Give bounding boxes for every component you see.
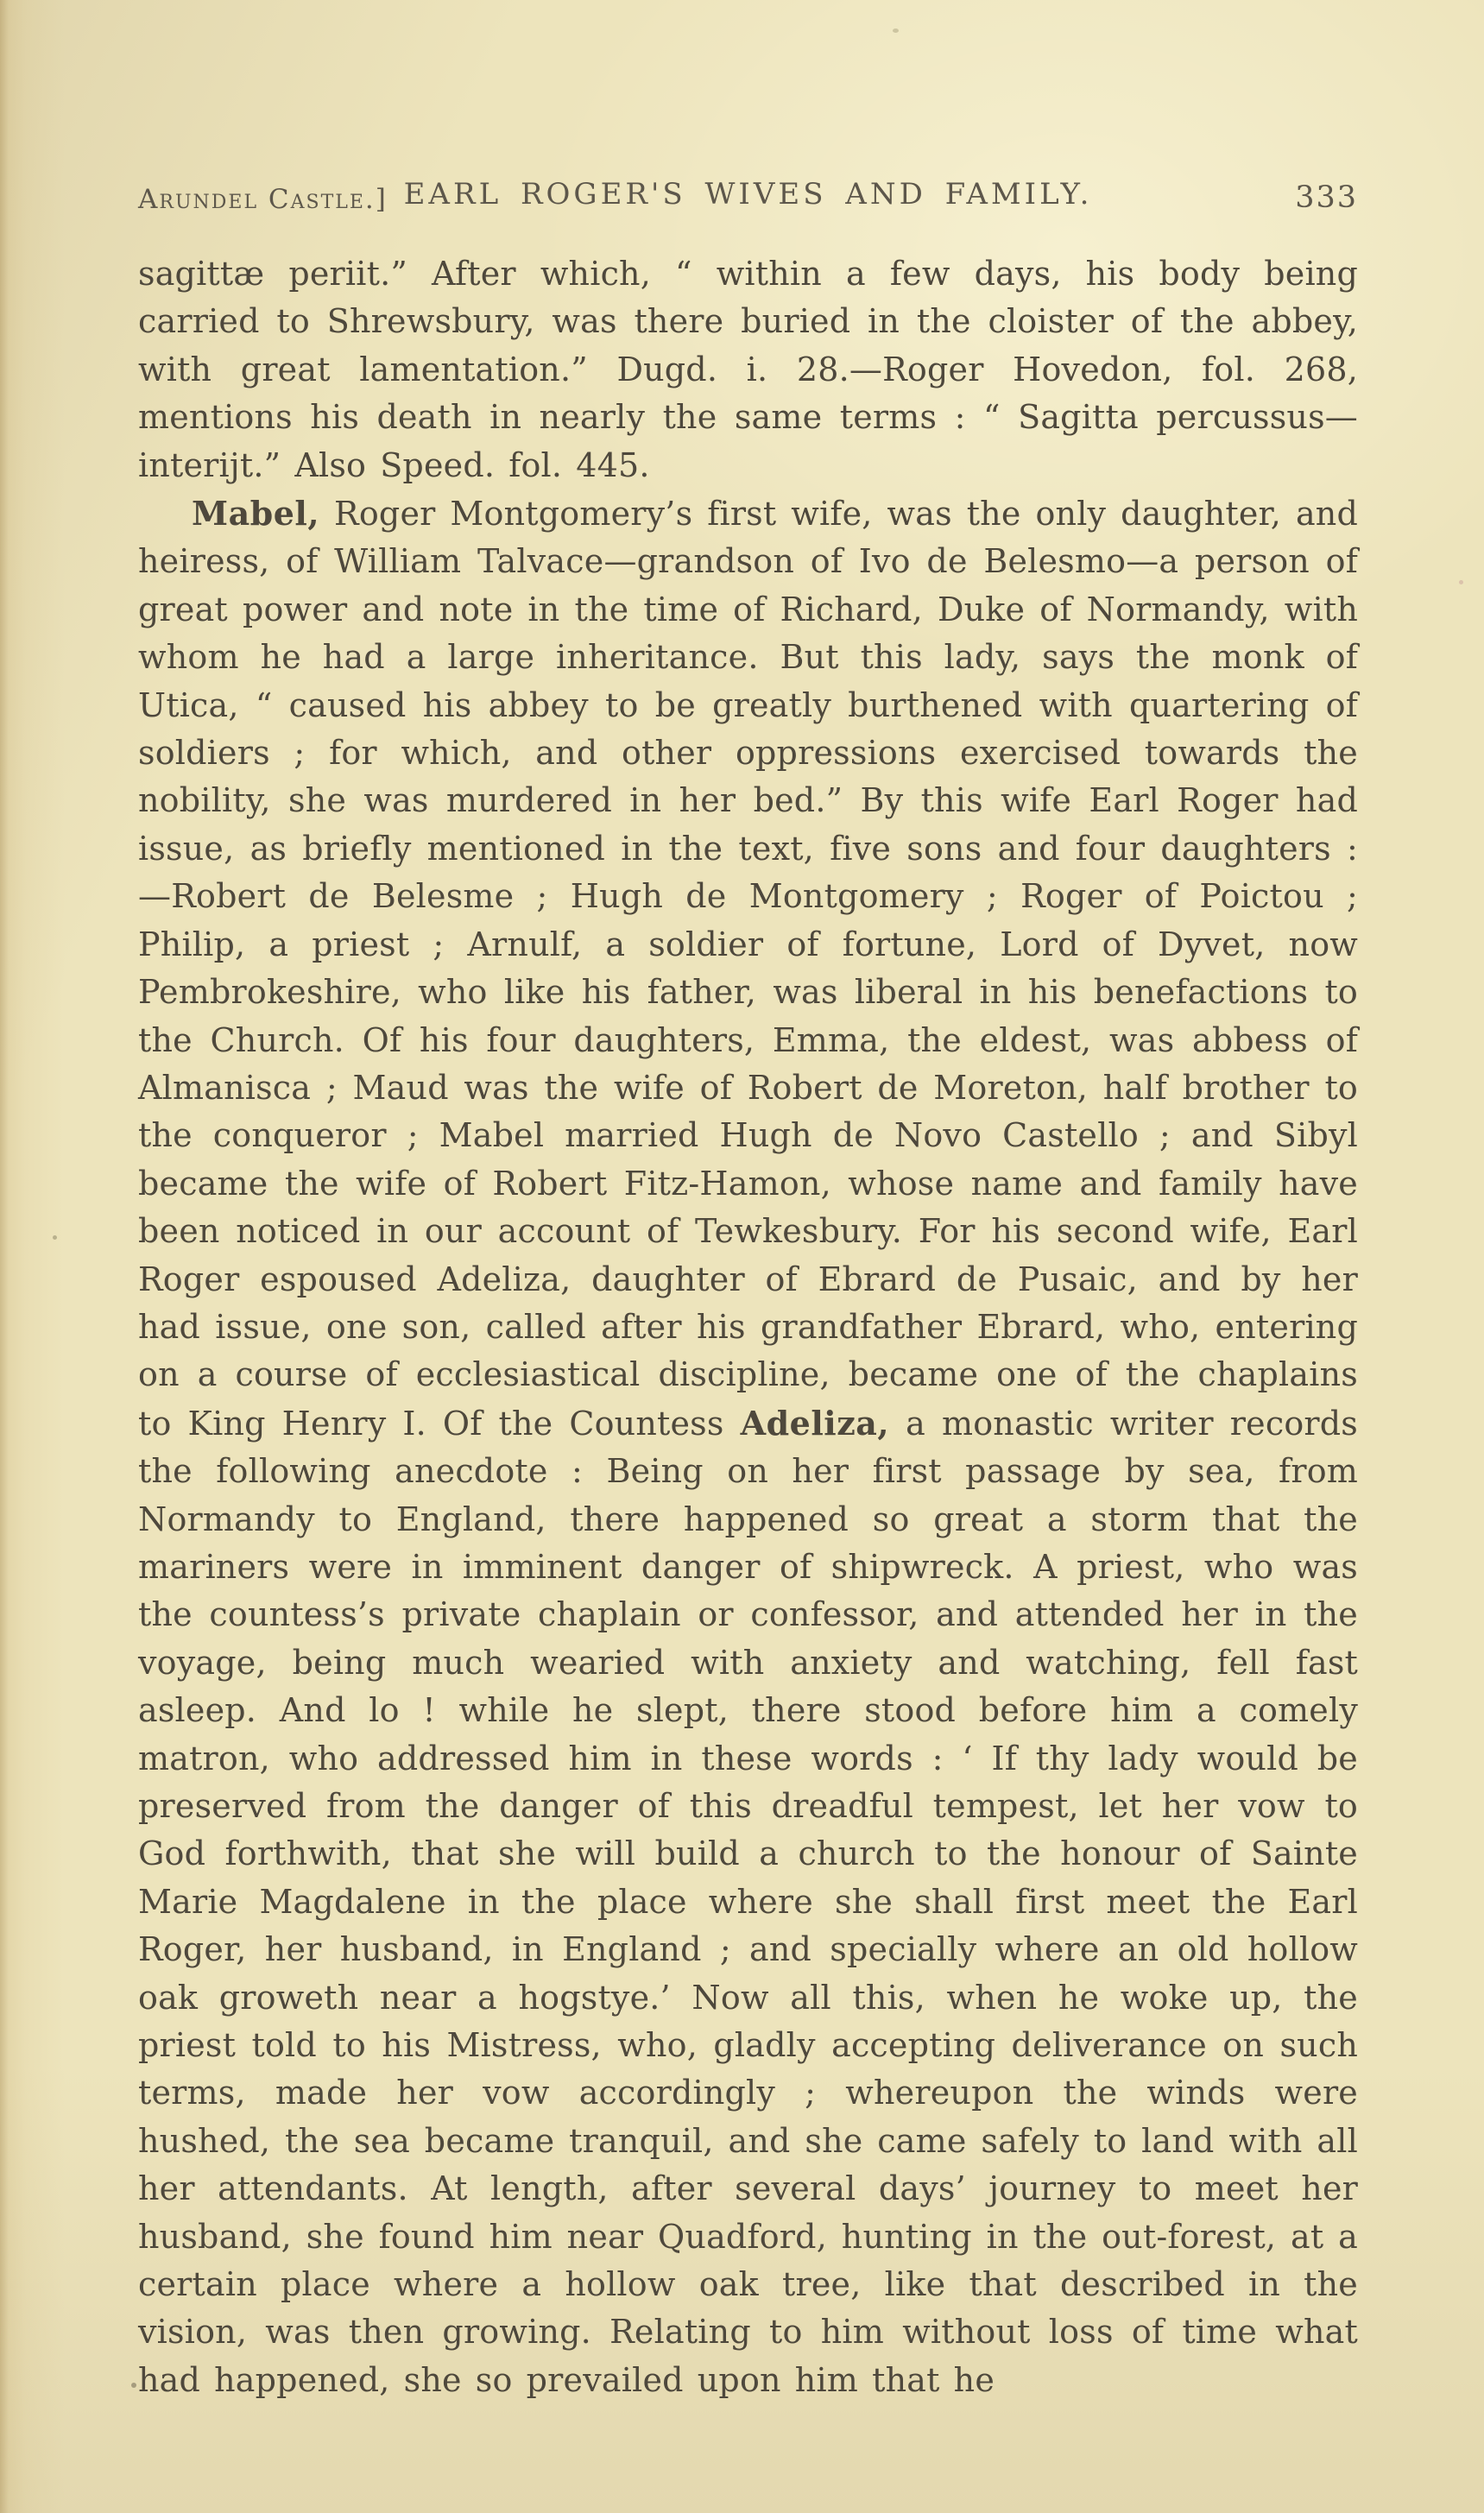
paragraph: sagittæ periit.” After which, “ within a…	[138, 250, 1358, 489]
running-header-title: EARL ROGER'S WIVES AND FAMILY.	[404, 177, 1093, 212]
text-segment: sagittæ periit.” After which, “ within a…	[138, 255, 1358, 484]
running-header: Arundel Castle.] EARL ROGER'S WIVES AND …	[138, 177, 1358, 229]
running-header-left: Arundel Castle.]	[138, 184, 388, 215]
paper-speck	[53, 1235, 57, 1240]
text-segment: a monastic writer records the following …	[138, 1405, 1358, 2399]
paper-speck	[1459, 580, 1463, 584]
text-segment: Roger Montgomery’s first wife, was the o…	[138, 495, 1358, 1443]
book-page: Arundel Castle.] EARL ROGER'S WIVES AND …	[0, 0, 1484, 2513]
body-text: sagittæ periit.” After which, “ within a…	[138, 250, 1358, 2404]
paper-speck	[131, 2383, 136, 2388]
paper-speck	[893, 28, 899, 33]
blackletter-name: Mabel,	[192, 494, 319, 533]
page-number: 333	[1295, 180, 1358, 215]
blackletter-name: Adeliza,	[741, 1404, 890, 1443]
paragraph: Mabel, Roger Montgomery’s first wife, wa…	[138, 489, 1358, 2404]
